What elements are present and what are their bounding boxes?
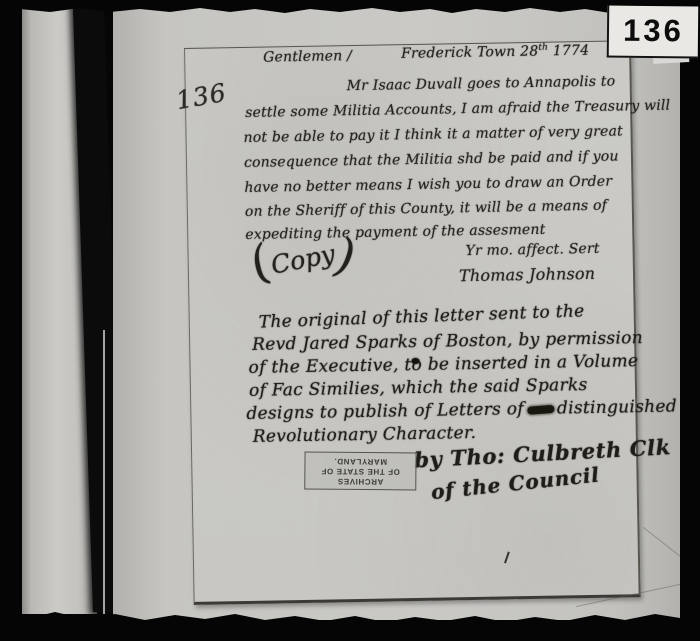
note-line: The original of this letter sent to the — [258, 301, 584, 332]
letter-body-line: settle some Militia Accounts, I am afrai… — [245, 98, 670, 121]
note-line: Revolutionary Character. — [253, 423, 477, 447]
note-line: Revd Jared Sparks of Boston, by permissi… — [252, 328, 643, 355]
copy-word: Copy — [268, 239, 337, 280]
note-line5-after-blot: distinguished — [557, 396, 677, 418]
stamp-line: OF THE STATE OF — [309, 466, 411, 477]
dateline-day: 28 — [520, 43, 538, 59]
letter-dateline: Frederick Town 28th 1774 — [401, 42, 589, 62]
letter-salutation: Gentlemen / — [263, 48, 352, 66]
letter-signature: Thomas Johnson — [459, 264, 596, 285]
letter-body-line: not be able to pay it I think it a matte… — [243, 123, 623, 146]
note-line: designs to publish of Letters ofdistingu… — [246, 396, 677, 424]
note-line: of the Executive, to be inserted in a Vo… — [248, 351, 638, 378]
film-border-right — [680, 0, 700, 641]
copy-mark: ( Copy ) — [249, 234, 356, 283]
ink-blot — [527, 404, 554, 414]
letter-sheet: Gentlemen / Frederick Town 28th 1774 Mr … — [184, 40, 641, 605]
note-line: of Fac Similies, which the said Sparks — [249, 375, 588, 401]
letter-body-line: Mr Isaac Duvall goes to Annapolis to — [347, 73, 616, 94]
letter-body-line: consequence that the Militia shd be paid… — [244, 148, 619, 171]
copy-flourish-right: ) — [334, 234, 358, 276]
film-border-left — [0, 0, 22, 641]
letter-closing: Yr mo. affect. Sert — [465, 241, 599, 259]
microfilm-scan: 136 Gentlemen / Frederick Town 28th 1774… — [0, 0, 700, 641]
note-line5-before-blot: designs to publish of Letters of — [246, 399, 524, 424]
page-number-label: 136 — [607, 6, 699, 59]
letter-body-line: on the Sheriff of this County, it will b… — [245, 198, 607, 220]
dateline-year: 1774 — [553, 43, 590, 60]
stray-pen-mark — [504, 551, 510, 563]
dateline-place: Frederick Town — [401, 44, 516, 62]
archives-stamp: ARCHIVES OF THE STATE OF MARYLAND. — [304, 451, 416, 490]
letter-body-line: have no better means I wish you to draw … — [244, 174, 612, 196]
gutter-highlight-line — [103, 330, 105, 614]
dateline-day-suffix: th — [538, 43, 548, 53]
stamp-line: ARCHIVES — [309, 476, 411, 487]
